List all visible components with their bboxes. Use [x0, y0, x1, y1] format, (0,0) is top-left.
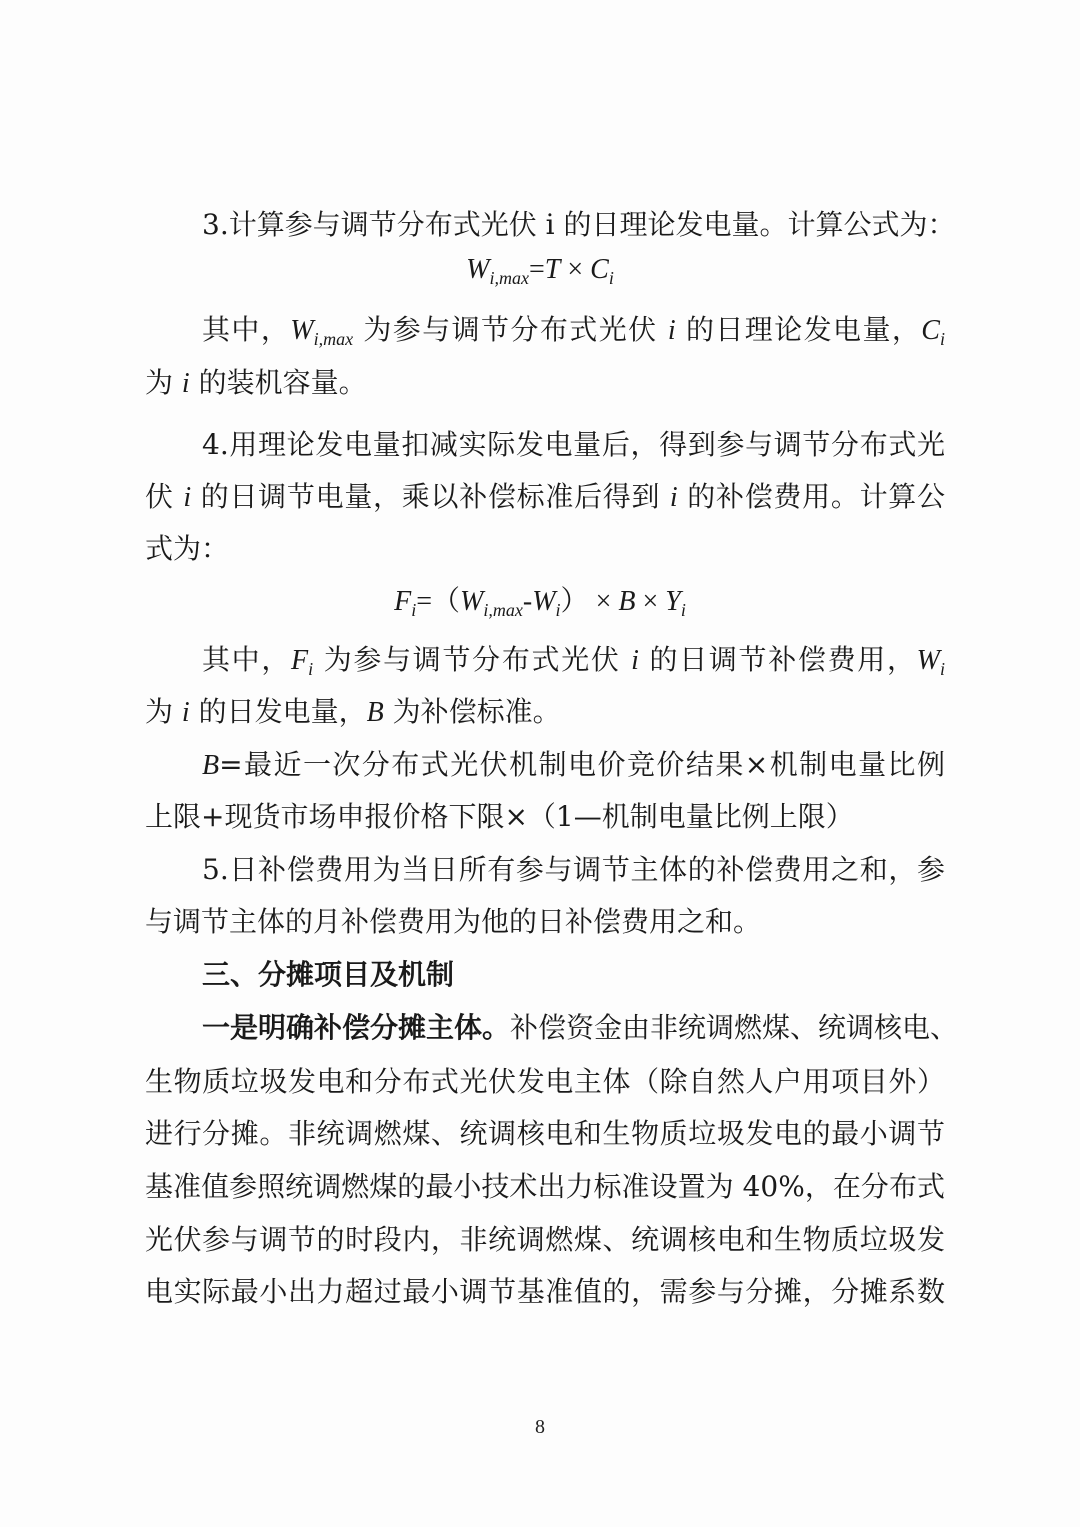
var-w: Wi: [917, 645, 945, 676]
page-number: 8: [0, 1416, 1080, 1439]
formula-minus: -: [523, 586, 532, 617]
item3-heading-line: 3.计算参与调节分布式光伏 i 的日理论发电量。计算公式为：: [202, 205, 945, 245]
formula-eq: =（: [416, 586, 460, 617]
var-i: i: [182, 697, 190, 728]
item3-explain-line2: 为 i 的装机容量。: [145, 363, 945, 403]
var-i: i: [631, 645, 639, 676]
text: 的日调节补偿费用，: [639, 643, 917, 676]
text: 的日理论发电量，: [676, 313, 922, 346]
formula-paren: ）: [561, 586, 589, 617]
section3-para-line4: 基准值参照统调燃煤的最小技术出力标准设置为 40%，在分布式: [145, 1167, 945, 1207]
item4-explain-line1: 其中，Fi 为参与调节分布式光伏 i 的日调节补偿费用，Wi: [202, 640, 945, 680]
var-b: B: [202, 750, 219, 781]
formula-var-w: W: [460, 586, 483, 617]
formula-var-f: F: [394, 586, 411, 617]
text: 补偿资金由非统调燃煤、统调核电、: [510, 1011, 958, 1044]
section3-para-line3: 进行分摊。非统调燃煤、统调核电和生物质垃圾发电的最小调节: [145, 1114, 945, 1154]
formula-sub: i: [681, 600, 686, 620]
text: 为: [145, 366, 182, 399]
var-i: i: [182, 368, 190, 399]
text: 其中，: [202, 643, 291, 676]
b-definition-line1: B=最近一次分布式光伏机制电价竞价结果×机制电量比例: [202, 745, 945, 785]
formula-times: ×: [635, 586, 665, 617]
text: 的补偿费用。计算公: [678, 480, 945, 513]
text: 为参与调节分布式光伏: [313, 643, 631, 676]
document-page: 3.计算参与调节分布式光伏 i 的日理论发电量。计算公式为： Wi,max=T …: [0, 0, 1080, 1527]
section3-para-line6: 电实际最小出力超过最小调节基准值的，需参与分摊，分摊系数: [145, 1272, 945, 1312]
formula-sub: i,max: [489, 268, 529, 288]
text: 伏: [145, 480, 183, 513]
formula-var-b: B: [618, 586, 635, 617]
b-definition-line2: 上限+现货市场申报价格下限×（1—机制电量比例上限）: [145, 797, 945, 837]
bold-lead-in: 一是明确补偿分摊主体。: [202, 1011, 510, 1044]
item5-line2: 与调节主体的月补偿费用为他的日补偿费用之和。: [145, 902, 945, 942]
text: =最近一次分布式光伏机制电价竞价结果×机制电量比例: [219, 748, 945, 781]
text: 其中，: [202, 313, 290, 346]
formula-var-y: Y: [665, 586, 681, 617]
item3-explain-line1: 其中，Wi,max 为参与调节分布式光伏 i 的日理论发电量，Ci: [202, 310, 945, 350]
formula-f-i: Fi=（Wi,max-Wi） × B × Yi: [0, 582, 1080, 622]
section-heading: 三、分摊项目及机制: [202, 955, 945, 995]
text: 为补偿标准。: [384, 695, 561, 728]
formula-eq: =: [529, 254, 545, 285]
item4-line1: 4.用理论发电量扣减实际发电量后，得到参与调节分布式光: [202, 425, 945, 465]
text: 为参与调节分布式光伏: [353, 313, 668, 346]
var-b: B: [367, 697, 384, 728]
formula-times: ×: [560, 254, 590, 285]
text: 的装机容量。: [190, 366, 367, 399]
var-f: Fi: [291, 645, 313, 676]
item4-line3: 式为：: [145, 529, 945, 569]
section3-para-line2: 生物质垃圾发电和分布式光伏发电主体（除自然人户用项目外）: [145, 1062, 945, 1102]
text: 为: [145, 695, 182, 728]
item5-line1: 5.日补偿费用为当日所有参与调节主体的补偿费用之和，参: [202, 850, 945, 890]
formula-w-max: Wi,max=T × Ci: [0, 250, 1080, 290]
text: 的日发电量，: [190, 695, 367, 728]
formula-sub: i,max: [483, 600, 523, 620]
section3-para-line5: 光伏参与调节的时段内，非统调燃煤、统调核电和生物质垃圾发: [145, 1220, 945, 1260]
formula-var-c: C: [590, 254, 609, 285]
item4-line2: 伏 i 的日调节电量，乘以补偿标准后得到 i 的补偿费用。计算公: [145, 477, 945, 517]
formula-var-t: T: [545, 254, 561, 285]
var-i: i: [183, 482, 191, 513]
var-c: Ci: [921, 315, 945, 346]
text: 的日调节电量，乘以补偿标准后得到: [191, 480, 670, 513]
formula-var-w: W: [466, 254, 489, 285]
section3-para-line1: 一是明确补偿分摊主体。补偿资金由非统调燃煤、统调核电、: [202, 1008, 945, 1048]
formula-var-w: W: [532, 586, 555, 617]
item4-explain-line2: 为 i 的日发电量，B 为补偿标准。: [145, 692, 945, 732]
var-w: Wi,max: [290, 315, 353, 346]
formula-times: ×: [589, 586, 619, 617]
var-i: i: [668, 315, 676, 346]
var-i: i: [670, 482, 678, 513]
formula-sub: i: [609, 268, 614, 288]
